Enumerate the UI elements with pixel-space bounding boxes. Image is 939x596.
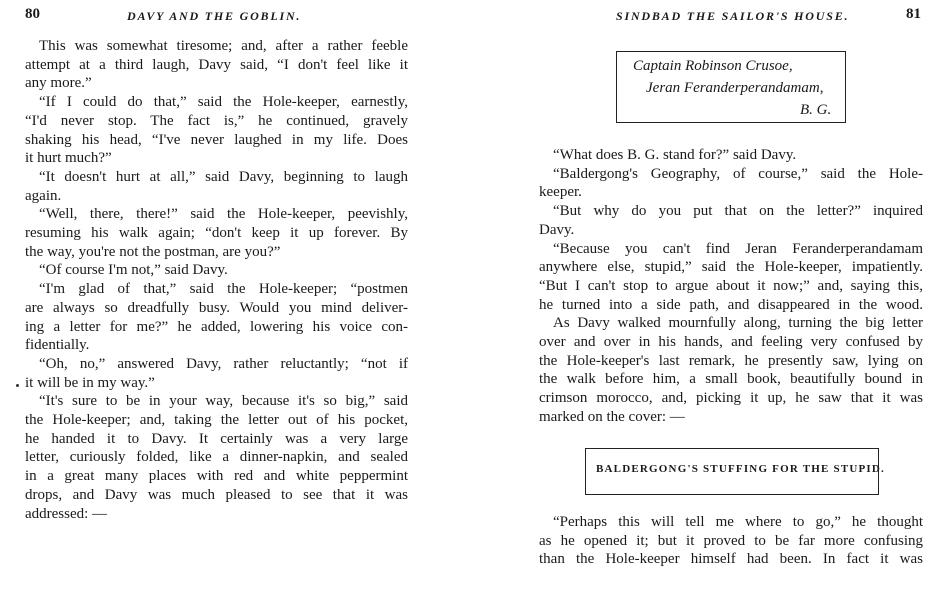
text-line: he handed it to Davy. It certainly was a… bbox=[25, 430, 408, 449]
text-line: as he opened it; but it proved to be far… bbox=[539, 532, 923, 551]
page-number: 80 bbox=[25, 6, 40, 23]
text-line: “Oh, no,” answered Davy, rather reluctan… bbox=[39, 355, 408, 374]
text-line: attempt at a third laugh, Davy said, “I … bbox=[25, 56, 408, 75]
text-line: “Because you can't find Jeran Feranderpe… bbox=[553, 240, 923, 259]
text-line: any more.” bbox=[25, 74, 408, 93]
text-line: “Baldergong's Geography, of course,” sai… bbox=[553, 165, 923, 184]
address-box: Captain Robinson Crusoe, Jeran Feranderp… bbox=[616, 51, 846, 123]
text-line: ing a letter for me?” he added, lowering… bbox=[25, 318, 408, 337]
address-line: Jeran Feranderperandamam, bbox=[646, 80, 823, 97]
book-cover-box: BALDERGONG'S STUFFING FOR THE STUPID. bbox=[585, 448, 879, 495]
text-line: resuming his walk again; “don't keep it … bbox=[25, 224, 408, 243]
address-line: B. G. bbox=[800, 102, 831, 119]
text-line: fidentially. bbox=[25, 336, 408, 355]
text-line: again. bbox=[25, 187, 408, 206]
text-line: letter, curiously folded, like a dinner-… bbox=[25, 448, 408, 467]
text-line: the Hole-keeper; and, taking the letter … bbox=[25, 411, 408, 430]
text-line: “If I could do that,” said the Hole-keep… bbox=[39, 93, 408, 112]
stray-mark bbox=[16, 384, 19, 387]
address-line: Captain Robinson Crusoe, bbox=[633, 58, 793, 75]
text-line: the way, you're not the postman, are you… bbox=[25, 243, 408, 262]
text-line: “It's sure to be in your way, because it… bbox=[39, 392, 408, 411]
text-line: This was somewhat tiresome; and, after a… bbox=[39, 37, 408, 56]
text-line: addressed: — bbox=[25, 505, 408, 524]
text-line: keeper. bbox=[539, 183, 923, 202]
text-line: shaking his head, “I've never laughed in… bbox=[25, 131, 408, 150]
text-line: “But why do you put that on the letter?”… bbox=[553, 202, 923, 221]
text-line: it will be in my way.” bbox=[25, 374, 408, 393]
text-line: anywhere else, stupid,” said the Hole-ke… bbox=[539, 258, 923, 277]
text-line: the walk before him, a small book, beaut… bbox=[539, 370, 923, 389]
text-line: than the Hole-keeper himself had been. I… bbox=[539, 550, 923, 569]
text-line: “I'm glad of that,” said the Hole-keeper… bbox=[39, 280, 408, 299]
text-line: over and over in his hands, and feeling … bbox=[539, 333, 923, 352]
text-line: “Perhaps this will tell me where to go,”… bbox=[553, 513, 923, 532]
left-page: 80 DAVY AND THE GOBLIN. This was somewha… bbox=[0, 0, 470, 596]
text-line: it hurt much?” bbox=[25, 149, 408, 168]
book-cover-title: BALDERGONG'S STUFFING FOR THE STUPID. bbox=[596, 463, 885, 475]
text-line: “It doesn't hurt at all,” said Davy, beg… bbox=[39, 168, 408, 187]
text-line: the Hole-keeper's last remark, he presen… bbox=[539, 352, 923, 371]
text-line: crimson morocco, and, picking it up, he … bbox=[539, 389, 923, 408]
text-line: in a great many places with red and whit… bbox=[25, 467, 408, 486]
page-number: 81 bbox=[906, 6, 921, 23]
text-line: “Of course I'm not,” said Davy. bbox=[39, 261, 408, 280]
text-line: are always so dreadfully busy. Would you… bbox=[25, 299, 408, 318]
running-head: DAVY AND THE GOBLIN. bbox=[127, 9, 301, 24]
text-line: “What does B. G. stand for?” said Davy. bbox=[553, 146, 923, 165]
right-page: SINDBAD THE SAILOR'S HOUSE. 81 Captain R… bbox=[470, 0, 939, 596]
running-head: SINDBAD THE SAILOR'S HOUSE. bbox=[616, 9, 849, 24]
text-line: drops, and Davy was much pleased to see … bbox=[25, 486, 408, 505]
text-line: “Well, there, there!” said the Hole-keep… bbox=[39, 205, 408, 224]
text-line: “I'd never stop. The fact is,” he contin… bbox=[25, 112, 408, 131]
text-line: “But I can't stop to argue about it now;… bbox=[539, 277, 923, 296]
text-line: he turned into a side path, and disappea… bbox=[539, 296, 923, 315]
text-line: As Davy walked mournfully along, turning… bbox=[553, 314, 923, 333]
text-line: marked on the cover: — bbox=[539, 408, 923, 427]
text-line: Davy. bbox=[539, 221, 923, 240]
